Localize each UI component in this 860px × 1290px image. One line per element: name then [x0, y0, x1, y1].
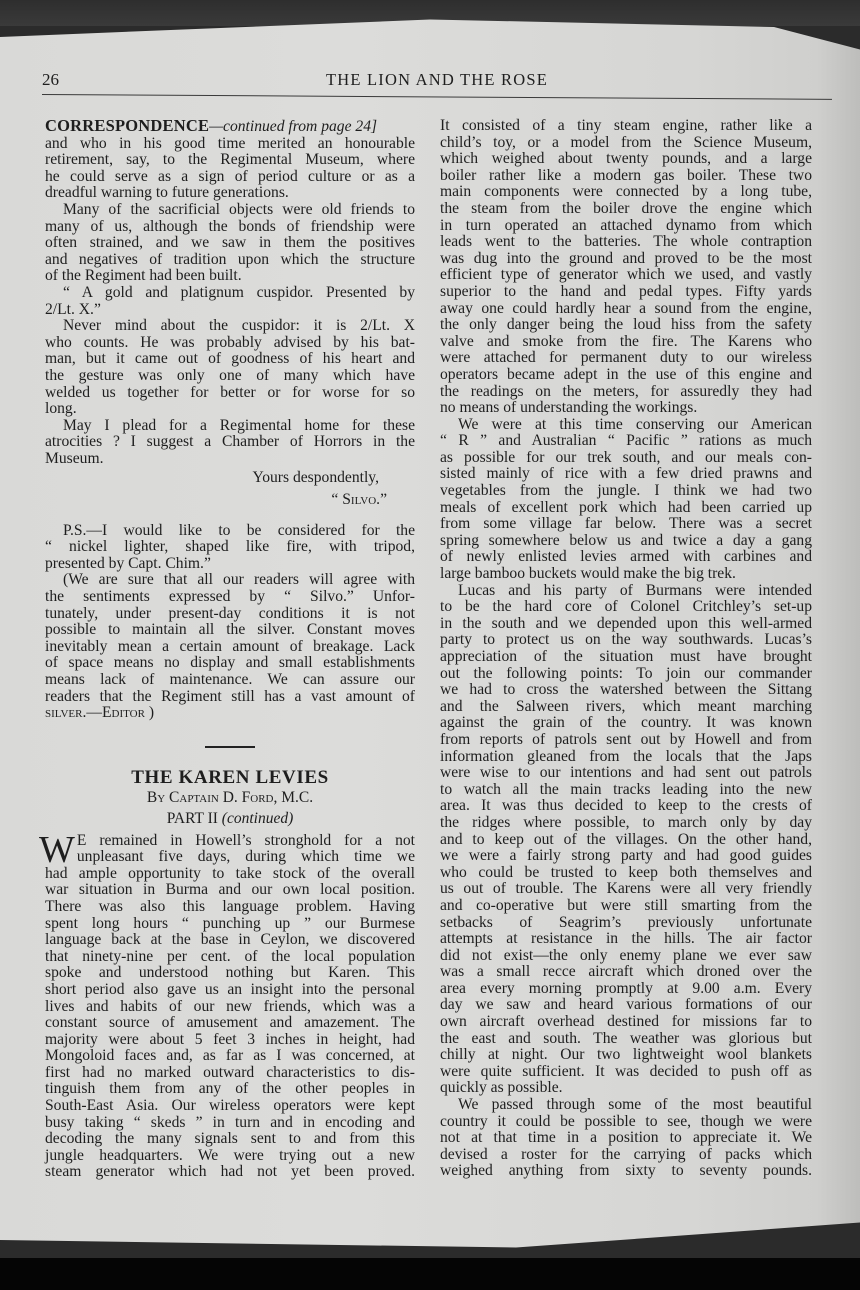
text-line: boiler rather like a modern gas boiler. …: [440, 168, 812, 185]
text-line: as possible for our trek south, and our …: [440, 450, 812, 467]
text-line: “ R ” and Australian “ Pacific ” rations…: [440, 433, 812, 450]
text-line: “ A gold and platignum cuspidor. Present…: [45, 285, 415, 302]
spacer: [45, 509, 415, 523]
text-line: was a small recce aircraft which droned …: [440, 964, 812, 981]
text-line: often strained, and we saw in them the p…: [45, 235, 415, 252]
text-line: we had to cross the watershed between th…: [440, 682, 812, 699]
part-number: PART II: [167, 810, 218, 827]
text-line: area. It was thus decided to keep to the…: [440, 798, 812, 815]
text-line: presented by Capt. Chim.”: [45, 556, 415, 573]
paragraph: Lucas and his party of Burmans were inte…: [440, 583, 812, 1097]
text-line: P.S.—I would like to be considered for t…: [45, 523, 415, 540]
text-line: (We are sure that all our readers will a…: [45, 572, 415, 589]
text-line: efficient type of generator which we use…: [440, 267, 812, 284]
text-line: May I plead for a Regimental home for th…: [45, 418, 415, 435]
text-line: tunately, under present-day conditions i…: [45, 606, 415, 623]
text-line: and co-operative but were still smarting…: [440, 898, 812, 915]
paragraph: We were at this time conserving our Amer…: [440, 417, 812, 583]
text-line: main components were connected by a long…: [440, 184, 812, 201]
text-line: E remained in Howell’s stronghold for a …: [45, 833, 415, 850]
postscript: P.S.—I would like to be considered for t…: [45, 523, 415, 573]
text-line: spring somewhere below us and twice a da…: [440, 533, 812, 550]
text-line: inevitably mean a certain amount of brea…: [45, 639, 415, 656]
text-line: country it could be possible to see, tho…: [440, 1114, 812, 1131]
editor-note: (We are sure that all our readers will a…: [45, 572, 415, 721]
text-line: war situation in Burma and our own local…: [45, 882, 415, 899]
text-line: out the following points: To join our co…: [440, 666, 812, 683]
paragraph: and who in his good time merited an hono…: [45, 136, 415, 202]
section-divider: [205, 746, 255, 748]
text-line: away one could hardly hear a sound from …: [440, 301, 812, 318]
running-head: 26 THE LION AND THE ROSE: [42, 68, 832, 92]
text-line: Museum.: [45, 451, 415, 468]
text-line: Lucas and his party of Burmans were inte…: [440, 583, 812, 600]
paragraph: May I plead for a Regimental home for th…: [45, 418, 415, 468]
scan-bottom-shadow: [0, 1258, 860, 1290]
section-heading: CORRESPONDENCE: [45, 116, 209, 135]
text-line: decoding the many signals sent to and fr…: [45, 1131, 415, 1148]
text-line: setbacks of Seagrim’s previously unfortu…: [440, 915, 812, 932]
right-column: It consisted of a tiny steam engine, rat…: [440, 118, 812, 1180]
text-line: and negatives of tradition upon which th…: [45, 252, 415, 269]
text-line: the steam from the boiler drove the engi…: [440, 201, 812, 218]
text-line: Never mind about the cuspidor: it is 2/L…: [45, 318, 415, 335]
text-line: means lack of maintenance. We can assure…: [45, 672, 415, 689]
text-line: the east and south. The weather was glor…: [440, 1031, 812, 1048]
part-note: (continued): [222, 810, 293, 827]
text-line: welded us together for better or for wor…: [45, 385, 415, 402]
part-label: PART II (continued): [45, 811, 415, 828]
text-line: devised a roster for the carrying of pac…: [440, 1147, 812, 1164]
sign-off: Yours despondently,: [45, 470, 415, 487]
text-line: chilly at night. Our two lightweight woo…: [440, 1047, 812, 1064]
text-line: 2/Lt. X.”: [45, 302, 415, 319]
text-line: to be the hard core of Colonel Critchley…: [440, 599, 812, 616]
journal-title: THE LION AND THE ROSE: [42, 70, 832, 90]
text-line: steam generator which had not yet been p…: [45, 1164, 415, 1181]
text-line: unpleasant five days, during which time …: [45, 849, 415, 866]
text-line: were quite sufficient. It was decided to…: [440, 1064, 812, 1081]
text-line: constant source of amusement and amazeme…: [45, 1015, 415, 1032]
text-line: us out of trouble. The Karens were all v…: [440, 881, 812, 898]
text-line: day we saw and heard various formations …: [440, 997, 812, 1014]
text-line: in the south and we depended upon this w…: [440, 616, 812, 633]
text-line: valve and smoke from the fire. The Karen…: [440, 334, 812, 351]
text-line: “ nickel lighter, shaped like fire, with…: [45, 539, 415, 556]
text-line: own aircraft overhead destined for missi…: [440, 1014, 812, 1031]
text-line: were attached for permanent duty to our …: [440, 350, 812, 367]
signature: “ Silvo.”: [45, 492, 415, 509]
text-line: spoke and understood nothing but Karen. …: [45, 965, 415, 982]
text-line: It consisted of a tiny steam engine, rat…: [440, 118, 812, 135]
text-line: We were at this time conserving our Amer…: [440, 417, 812, 434]
text-line: the ridges where possible, to march only…: [440, 815, 812, 832]
text-line: were wise to our intentions and had sent…: [440, 765, 812, 782]
text-line: retirement, say, to the Regimental Museu…: [45, 152, 415, 169]
text-line: the readings on the meters, for assuredl…: [440, 384, 812, 401]
text-line: had ample opportunity to take stock of t…: [45, 866, 415, 883]
text-line: of newly enlisted levies armed with carb…: [440, 549, 812, 566]
text-line: the only danger being the loud hiss from…: [440, 317, 812, 334]
text-line: the gesture was only one of many which h…: [45, 368, 415, 385]
text-line: dreadful warning to future generations.: [45, 185, 415, 202]
text-line: he could serve as a sign of period cultu…: [45, 169, 415, 186]
text-line: appreciation of the situation must have …: [440, 649, 812, 666]
text-line: language back at the base in Ceylon, we …: [45, 932, 415, 949]
text-line: man, but it came out of goodness of his …: [45, 351, 415, 368]
text-line: we were a fairly strong party and had go…: [440, 848, 812, 865]
text-line: attempts at resistance in the hills. The…: [440, 931, 812, 948]
text-line: quickly as possible.: [440, 1080, 812, 1097]
text-line: large bamboo buckets would make the big …: [440, 566, 812, 583]
text-line: child’s toy, or a model from the Science…: [440, 135, 812, 152]
text-line: busy taking “ skeds ” in turn and in enc…: [45, 1115, 415, 1132]
text-line: silver.—Editor ): [45, 705, 415, 722]
text-line: of space means no display and small esta…: [45, 655, 415, 672]
text-line: sisted mainly of rice with a few dried p…: [440, 466, 812, 483]
left-column: CORRESPONDENCE—continued from page 24] a…: [45, 118, 415, 1181]
text-line: weighed anything from sixty to seventy p…: [440, 1163, 812, 1180]
text-line: of the Regiment had been built.: [45, 268, 415, 285]
text-line: was dug into the ground and proved to be…: [440, 251, 812, 268]
text-line: operators became adept in the use of thi…: [440, 367, 812, 384]
text-line: many of us, although the bonds of friend…: [45, 219, 415, 236]
text-line: and who in his good time merited an hono…: [45, 136, 415, 153]
text-line: party to protect us on the way southward…: [440, 632, 812, 649]
text-line: information gleaned from the locals that…: [440, 749, 812, 766]
text-line: who could be trusted to keep both themse…: [440, 865, 812, 882]
byline: By Captain D. Ford, M.C.: [45, 790, 415, 807]
text-line: and the Salween rivers, which meant marc…: [440, 699, 812, 716]
text-line: Mongoloid faces and, as far as I was con…: [45, 1048, 415, 1065]
text-line: atrocities ? I suggest a Chamber of Horr…: [45, 434, 415, 451]
paragraph: We passed through some of the most beaut…: [440, 1097, 812, 1180]
paragraph: Never mind about the cuspidor: it is 2/L…: [45, 318, 415, 418]
article-first-paragraph: W E remained in Howell’s stronghold for …: [45, 833, 415, 1181]
continued-note: —continued from page 24]: [209, 118, 377, 135]
text-line: from some village far below. There was a…: [440, 516, 812, 533]
text-line: We passed through some of the most beaut…: [440, 1097, 812, 1114]
text-line: and to keep out of the villages. On the …: [440, 832, 812, 849]
text-line: area every morning promptly at 9.00 a.m.…: [440, 981, 812, 998]
text-line: tinguish them from any of the other peop…: [45, 1081, 415, 1098]
text-line: long.: [45, 401, 415, 418]
text-line: first had no marked outward characterist…: [45, 1065, 415, 1082]
text-line: who counts. He was probably advised by h…: [45, 335, 415, 352]
text-line: did not exist—the only enemy plane we ev…: [440, 948, 812, 965]
text-line: leads went to the batteries. The whole c…: [440, 234, 812, 251]
paragraph: It consisted of a tiny steam engine, rat…: [440, 118, 812, 417]
text-line: Many of the sacrificial objects were old…: [45, 202, 415, 219]
text-line: There was also this language problem. Ha…: [45, 899, 415, 916]
text-line: readers that the Regiment still has a va…: [45, 689, 415, 706]
text-line: spent long hours “ punching up ” our Bur…: [45, 916, 415, 933]
text-line: that ninety-nine per cent. of the local …: [45, 949, 415, 966]
text-line: in turn operated an attached dynamo from…: [440, 218, 812, 235]
text-line: short period also gave us an insight int…: [45, 982, 415, 999]
text-line: jungle headquarters. We were trying out …: [45, 1148, 415, 1165]
text-line: no means of understanding the workings.: [440, 400, 812, 417]
article-title: THE KAREN LEVIES: [45, 770, 415, 787]
text-line: from reports of patrols sent out by Howe…: [440, 732, 812, 749]
text-line: South-East Asia. Our wireless operators …: [45, 1098, 415, 1115]
text-line: to watch all the main tracks leading int…: [440, 782, 812, 799]
text-line: meals of excellent pork which had been c…: [440, 500, 812, 517]
correspondence-heading-line: CORRESPONDENCE—continued from page 24]: [45, 118, 415, 136]
text-line: vegetables from the jungle. I think we h…: [440, 483, 812, 500]
text-line: against the grain of the country. It was…: [440, 715, 812, 732]
text-line: superior to the hand and pedal types. Fi…: [440, 284, 812, 301]
drop-cap: W: [39, 835, 75, 865]
text-line: possible to maintain all the silver. Con…: [45, 622, 415, 639]
paragraph: “ A gold and platignum cuspidor. Present…: [45, 285, 415, 318]
text-line: which weighed about twenty pounds, and a…: [440, 151, 812, 168]
text-line: the sentiments expressed by “ Silvo.” Un…: [45, 589, 415, 606]
text-line: majority were about 5 feet 3 inches in h…: [45, 1032, 415, 1049]
text-line: lives and habits of our new friends, whi…: [45, 999, 415, 1016]
paragraph: Many of the sacrificial objects were old…: [45, 202, 415, 285]
text-line: not at that time in a position to apprec…: [440, 1130, 812, 1147]
